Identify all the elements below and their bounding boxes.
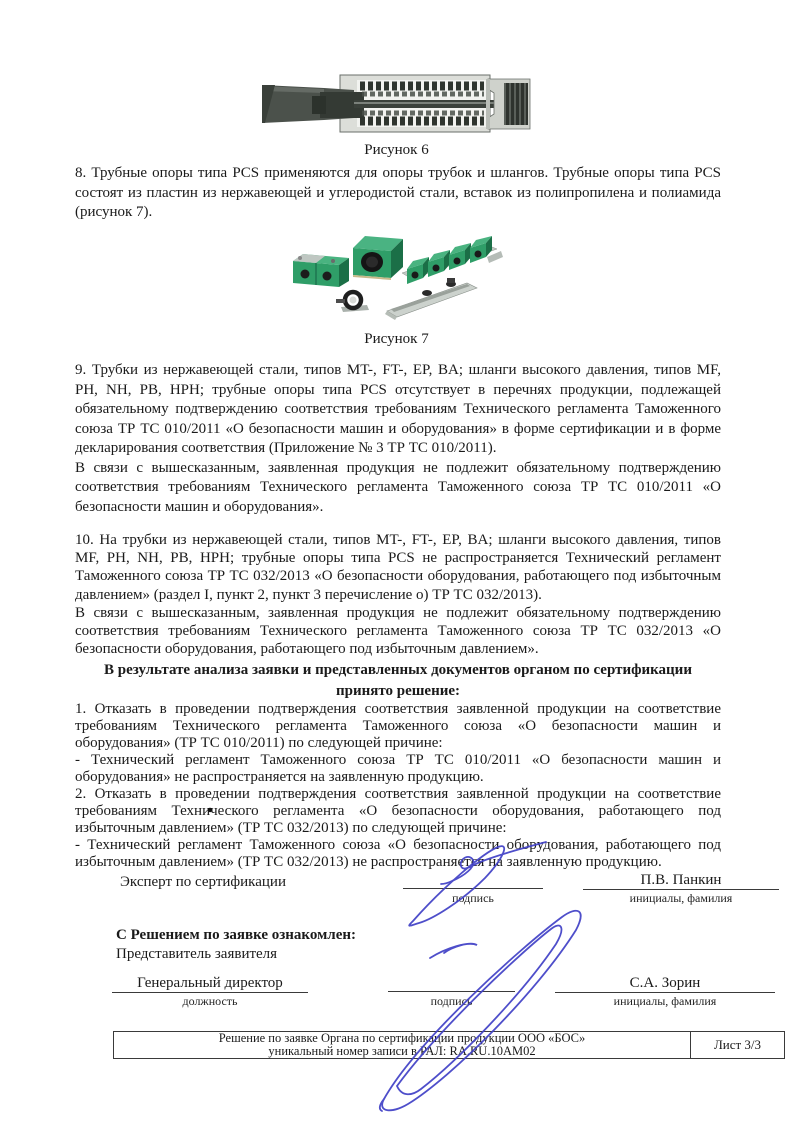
decision-heading: В результате анализа заявки и представле… xyxy=(75,660,721,701)
footer-title-line2: уникальный номер записи в РАЛ: RA.RU.10A… xyxy=(114,1045,690,1059)
footer-table: Решение по заявке Органа по сертификации… xyxy=(113,1031,785,1059)
director-name: С.А. Зорин xyxy=(555,975,775,993)
director-name-block: С.А. Зорин инициалы, фамилия xyxy=(555,975,775,1009)
expert-initials-caption: инициалы, фамилия xyxy=(583,890,779,906)
paragraph-10b: В связи с вышесказанным, заявленная прод… xyxy=(75,604,721,659)
decision-items: 1. Отказать в проведении подтверждения с… xyxy=(75,701,721,871)
decision-item-1-reason: - Технический регламент Таможенного союз… xyxy=(75,752,721,786)
paragraph-9b: В связи с вышесказанным, заявленная прод… xyxy=(75,459,721,518)
figure6: Рисунок 6 xyxy=(0,72,793,159)
ack-heading: С Решением по заявке ознакомлен: xyxy=(116,926,356,945)
acknowledgement-block: С Решением по заявке ознакомлен: Предста… xyxy=(116,926,356,964)
director-signature-line xyxy=(388,975,515,992)
expert-signature-line xyxy=(403,872,543,889)
ack-person: Представитель заявителя xyxy=(116,945,356,964)
paragraph-9a: 9. Трубки из нержавеющей стали, типов MT… xyxy=(75,361,721,459)
paragraph-10: 10. На трубки из нержавеющей стали, типо… xyxy=(75,531,721,658)
director-sign-caption: подпись xyxy=(388,993,515,1009)
director-initials-caption: инициалы, фамилия xyxy=(555,993,775,1009)
figure6-caption: Рисунок 6 xyxy=(0,142,793,159)
figure7: Рисунок 7 xyxy=(0,231,793,348)
director-position-block: Генеральный директор должность xyxy=(112,975,308,1009)
decision-item-2-reason: - Технический регламент Таможенного союз… xyxy=(75,837,721,871)
paragraph-8: 8. Трубные опоры типа PCS применяются дл… xyxy=(75,164,721,223)
decision-item-2: 2. Отказать в проведении подтверждения с… xyxy=(75,786,721,837)
figure6-image xyxy=(262,72,532,135)
footer-title-line1: Решение по заявке Органа по сертификации… xyxy=(114,1032,690,1046)
position-caption: должность xyxy=(112,993,308,1009)
figure7-caption: Рисунок 7 xyxy=(0,331,793,348)
expert-name-block: П.В. Панкин инициалы, фамилия xyxy=(583,872,779,906)
expert-sign-caption: подпись xyxy=(403,890,543,906)
expert-label: Эксперт по сертификации xyxy=(120,874,286,891)
document-page: Рисунок 6 8. Трубные опоры типа PCS прим… xyxy=(0,0,793,1122)
signature-scribble-director xyxy=(382,911,581,1111)
footer-sheet-cell: Лист 3/3 xyxy=(690,1032,784,1058)
decision-item-1: 1. Отказать в проведении подтверждения с… xyxy=(75,701,721,752)
director-position: Генеральный директор xyxy=(112,975,308,993)
paragraph-10a: 10. На трубки из нержавеющей стали, типо… xyxy=(75,531,721,604)
figure7-image xyxy=(291,231,503,324)
footer-title-cell: Решение по заявке Органа по сертификации… xyxy=(114,1032,690,1058)
expert-name: П.В. Панкин xyxy=(583,872,779,890)
paragraph-9: 9. Трубки из нержавеющей стали, типов MT… xyxy=(75,361,721,517)
